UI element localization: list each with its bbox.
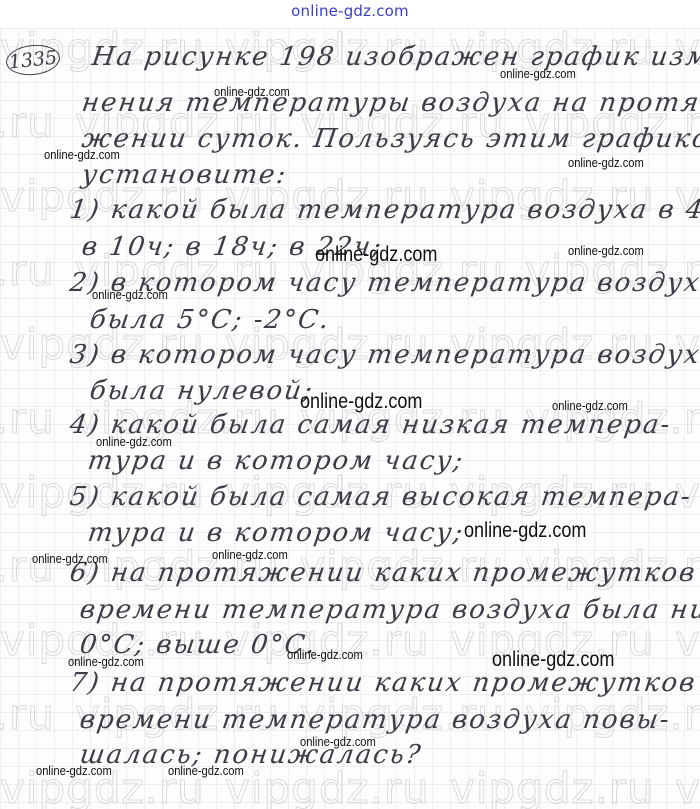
watermark: online-gdz.com	[214, 84, 290, 99]
task-text-line: 3) в котором часу температура воздуха	[68, 340, 700, 370]
watermark: online-gdz.com	[92, 287, 168, 302]
background-watermark: vipgdz.ru	[0, 394, 55, 443]
site-link[interactable]: online-gdz.com	[0, 2, 700, 20]
watermark: online-gdz.com	[568, 155, 644, 170]
task-text-line: 6) на протяжении каких промежутков	[68, 558, 699, 588]
background-watermark: vipgdz.ru	[675, 764, 700, 809]
task-text-line: На рисунке 198 изображен график изме-	[90, 42, 700, 72]
watermark: online-gdz.com	[315, 243, 437, 267]
watermark: online-gdz.com	[168, 763, 244, 778]
task-text-line: жении суток. Пользуясь этим графиком	[80, 124, 700, 154]
watermark: online-gdz.com	[287, 647, 363, 662]
watermark: online-gdz.com	[68, 654, 144, 669]
watermark: online-gdz.com	[568, 243, 644, 258]
task-text-line: нения температуры воздуха на протя-	[80, 88, 700, 118]
watermark: online-gdz.com	[36, 763, 112, 778]
task-text-line: установите:	[80, 160, 289, 190]
background-watermark: vipgdz.ru	[0, 690, 55, 739]
watermark: online-gdz.com	[44, 147, 120, 162]
task-text-line: тура и в котором часу;	[86, 446, 466, 476]
task-text-line: времени температура воздуха повы-	[78, 705, 673, 735]
task-text-line: времени температура воздуха была ниже	[78, 595, 700, 625]
background-watermark: vipgdz.ru	[225, 764, 430, 809]
watermark: online-gdz.com	[300, 390, 422, 414]
background-watermark: vipgdz.ru	[450, 764, 655, 809]
task-text-line: была нулевой;	[88, 376, 316, 406]
background-watermark: vipgdz.ru	[0, 246, 55, 295]
watermark: online-gdz.com	[300, 734, 376, 749]
watermark: online-gdz.com	[96, 434, 172, 449]
task-text-line: 1) какой была температура воздуха в 4ч; …	[68, 195, 700, 225]
watermark: online-gdz.com	[500, 66, 576, 81]
task-text-line: 5) какой была самая высокая темпера-	[68, 482, 694, 512]
background-watermark: vipgdz.ru	[0, 542, 55, 591]
background-watermark: vipgdz.ru	[0, 98, 55, 147]
watermark: online-gdz.com	[32, 551, 108, 566]
watermark: online-gdz.com	[552, 398, 628, 413]
watermark: online-gdz.com	[212, 547, 288, 562]
task-text-line: 7) на протяжении каких промежутков	[68, 668, 699, 698]
watermark: online-gdz.com	[492, 648, 614, 672]
watermark: online-gdz.com	[464, 519, 586, 543]
task-text-line: была 5°С; -2°С.	[88, 305, 333, 335]
task-text-line: тура и в котором часу;	[86, 518, 466, 548]
